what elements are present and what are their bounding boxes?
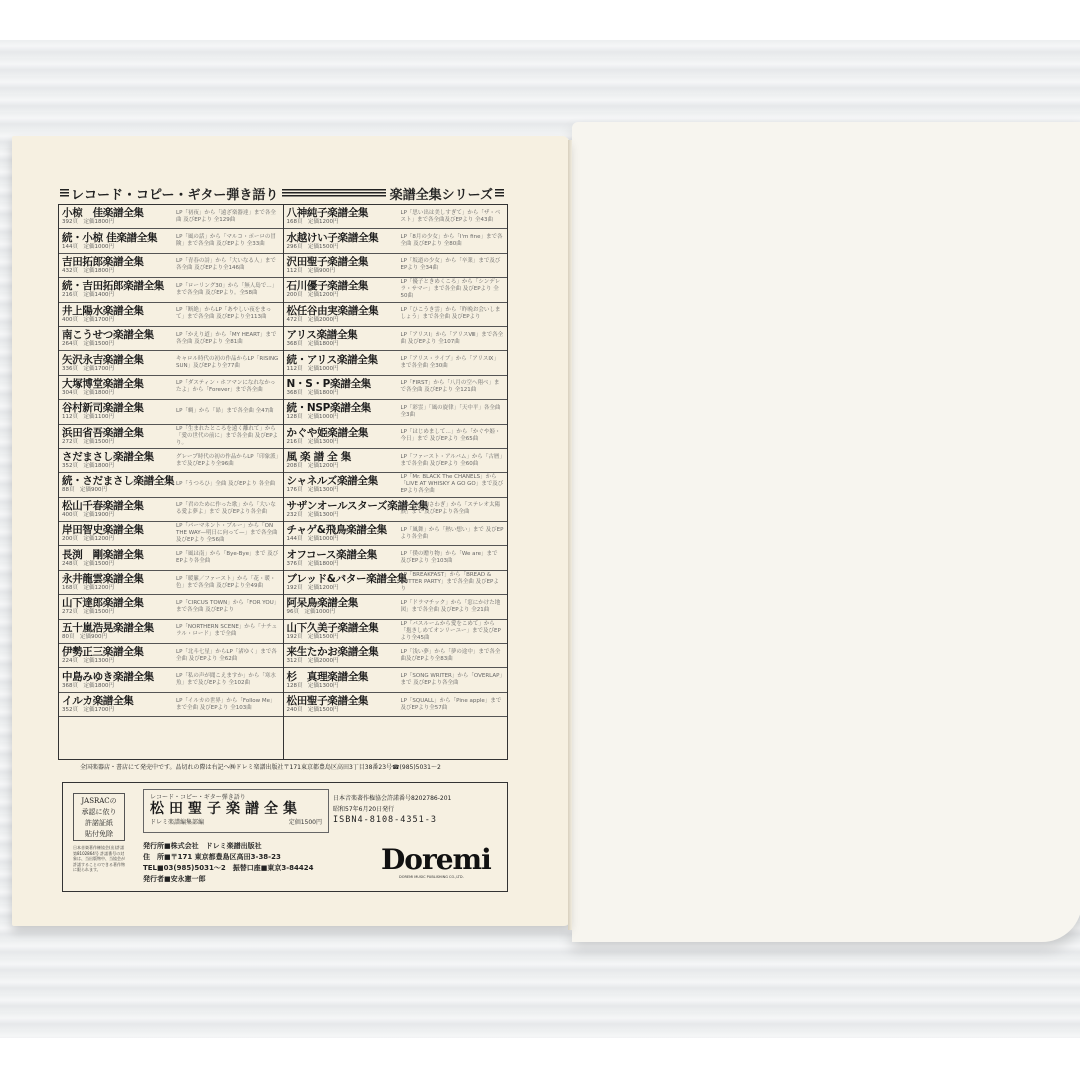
entry-price: 定価1000円: [308, 536, 339, 542]
entry-price: 定価1800円: [84, 219, 115, 225]
right-blank-page: [572, 122, 1080, 942]
entry-price: 定価1500円: [308, 244, 339, 250]
entry-heading: 井上陽水楽譜全集400頁 定価1700円: [62, 303, 172, 326]
entry-pages: 176頁: [287, 487, 303, 493]
entry-pages: 216頁: [287, 439, 303, 445]
entry-pages: 112頁: [287, 268, 303, 274]
entry-title: 来生たかお楽譜全集: [287, 646, 397, 658]
entry-pages: 272頁: [62, 609, 78, 615]
entry-description: LP「北斗七星」からLP「渚ゆく」まで各全曲 及びEPより 全62曲: [172, 644, 280, 667]
empty-row: [59, 717, 283, 759]
entry-price: 定価1900円: [84, 512, 115, 518]
entry-title: 風 楽 譜 全 集: [287, 451, 397, 463]
entry-meta: 304頁 定価1800円: [62, 390, 172, 397]
entry-title: シャネルズ楽譜全集: [287, 475, 397, 487]
entry-pages: 368頁: [287, 341, 303, 347]
entry-heading: 石川優子楽譜全集200頁 定価1200円: [287, 278, 397, 301]
entry-heading: サザンオールスターズ楽譜全集232頁 定価1300円: [287, 498, 397, 521]
entry-price: 定価1500円: [84, 341, 115, 347]
header-left-title: レコード・コピー・ギター弾き語り: [71, 184, 278, 203]
entry-title: 続・小椋 佳楽譜全集: [62, 232, 172, 244]
entry-description: LP「蜩」から「昴」まで各全曲 全47曲: [172, 400, 280, 423]
catalog-entry: 風 楽 譜 全 集208頁 定価1200円LP「ファースト・アルバム」から「古暦…: [284, 449, 508, 473]
entry-heading: 水越けい子楽譜全集296頁 定価1500円: [287, 229, 397, 252]
entry-price: 定価1200円: [308, 585, 339, 591]
entry-meta: 368頁 定価1800円: [287, 390, 397, 397]
entry-description: LP「ローリング30」から「無人島で…」まで各全曲 及びEPより。全58曲: [172, 278, 280, 301]
entry-title: 阿呆鳥楽譜全集: [287, 597, 397, 609]
entry-description: LP「私の声が聞こえますか」から「寒水魚」まで及びEPより 全102曲: [172, 668, 280, 691]
catalog-entry: 続・吉田拓郎楽譜全集216頁 定価1400円LP「ローリング30」から「無人島で…: [59, 278, 283, 302]
entry-meta: 192頁 定価1200円: [287, 585, 397, 592]
entry-description: LP「うつろひ」全曲 及びEPより 各全曲: [172, 473, 280, 496]
entry-meta: 376頁 定価1800円: [287, 561, 397, 568]
entry-title: 沢田聖子楽譜全集: [287, 256, 397, 268]
entry-price: 定価1500円: [84, 439, 115, 445]
entry-heading: N・S・P楽譜全集368頁 定価1800円: [287, 376, 397, 399]
entry-pages: 112頁: [62, 414, 78, 420]
registration-info: 日本音楽著作権協会許諾番号8202786-201 昭和57年6月20日発行 IS…: [333, 793, 451, 826]
catalog-entry: 南こうせつ楽譜全集264頁 定価1500円LP「かえり道」から「MY HEART…: [59, 327, 283, 351]
entry-price: 定価1500円: [308, 707, 339, 713]
entry-title: 山下達郎楽譜全集: [62, 597, 172, 609]
entry-description: グレープ時代の初の作品からLP「印象派」まで及びEPより全96曲: [172, 449, 280, 472]
entry-pages: 144頁: [287, 536, 303, 542]
stripe-ornament-icon: [60, 189, 69, 198]
entry-meta: 368頁 定価1800円: [287, 341, 397, 348]
entry-description: LP「ドラマチック」から「窓にかけた地図」まで各全曲 及びEPより 全21曲: [397, 595, 505, 618]
entry-pages: 400頁: [62, 512, 78, 518]
entry-pages: 472頁: [287, 317, 303, 323]
entry-title: 伊勢正三楽譜全集: [62, 646, 172, 658]
jasrac-line: 許諾証紙: [74, 818, 124, 829]
catalog-entry: アリス楽譜全集368頁 定価1800円LP「アリスI」から「アリスⅧ」まで各全曲…: [284, 327, 508, 351]
entry-description: LP「かえり道」から「MY HEART」まで各全曲 及びEPより 全81曲: [172, 327, 280, 350]
entry-pages: 336頁: [62, 366, 78, 372]
entry-meta: 192頁 定価1500円: [287, 634, 397, 641]
entry-title: 五十嵐浩晃楽譜全集: [62, 622, 172, 634]
catalog-entry: 井上陽水楽譜全集400頁 定価1700円LP「断絶」からLP「あやしい夜をまって…: [59, 303, 283, 327]
entry-meta: 216頁 定価1300円: [287, 439, 397, 446]
entry-pages: 192頁: [287, 634, 303, 640]
entry-description: LP「僕の贈り物」から「We are」まで 及びEPより 全103曲: [397, 546, 505, 569]
entry-title: 矢沢永吉楽譜全集: [62, 354, 172, 366]
entry-price: 定価1700円: [84, 317, 115, 323]
publisher-info: 発行所■株式会社 ドレミ楽譜出版社 住 所■〒171 東京都豊島区高田3-38-…: [143, 841, 313, 885]
entry-title: オフコース楽譜全集: [287, 549, 397, 561]
publisher-line: 発行所■株式会社 ドレミ楽譜出版社: [143, 841, 313, 852]
entry-meta: 400頁 定価1700円: [62, 317, 172, 324]
entry-heading: 続・吉田拓郎楽譜全集216頁 定価1400円: [62, 278, 172, 301]
entry-heading: 松山千春楽譜全集400頁 定価1900円: [62, 498, 172, 521]
entry-pages: 368頁: [62, 683, 78, 689]
catalog-entry: 続・さだまさし楽譜全集88頁 定価900円LP「うつろひ」全曲 及びEPより 各…: [59, 473, 283, 497]
entry-title: 岸田智史楽譜全集: [62, 524, 172, 536]
entry-description: LP「暖簾／ファースト」から「花・暖・色」まで各全曲 及びEPより全49曲: [172, 571, 280, 594]
entry-price: 定価1000円: [84, 244, 115, 250]
entry-meta: 232頁 定価1300円: [287, 512, 397, 519]
entry-title: チャゲ&飛鳥楽譜全集: [287, 524, 397, 536]
entry-description: LP「BREAKFAST」から「BREAD & BUTTER PARTY」まで各…: [397, 571, 505, 594]
entry-pages: 216頁: [62, 292, 78, 298]
entry-price: 定価1800円: [308, 341, 339, 347]
entry-description: LP「風の話」から「マルコ・ポーロの冒険」まで各全曲 及びEPより 全33曲: [172, 229, 280, 252]
catalog-entry: 浜田省吾楽譜全集272頁 定価1500円LP「生まれたところを遠く離れて」から「…: [59, 425, 283, 449]
entry-description: LP「彩雲」「風の旋律」「天中平」各全曲 全3曲: [397, 400, 505, 423]
entry-description: LP「思い出は美しすぎて」から「ザ・ベスト」まで各全曲及びEPより 全43曲: [397, 205, 505, 228]
entry-description: LP「アリスI」から「アリスⅧ」まで各全曲 及びEPより 全107曲: [397, 327, 505, 350]
entry-heading: 山下久美子楽譜全集192頁 定価1500円: [287, 620, 397, 643]
catalog-entry: 続・小椋 佳楽譜全集144頁 定価1000円LP「風の話」から「マルコ・ポーロの…: [59, 229, 283, 253]
catalog-right-column: 八神純子楽譜全集168頁 定価1200円LP「思い出は美しすぎて」から「ザ・ベス…: [283, 205, 508, 759]
entry-pages: 200頁: [287, 292, 303, 298]
entry-heading: 小椋 佳楽譜全集392頁 定価1800円: [62, 205, 172, 228]
entry-heading: シャネルズ楽譜全集176頁 定価1300円: [287, 473, 397, 496]
entry-price: 定価1800円: [308, 561, 339, 567]
entry-pages: 200頁: [62, 536, 78, 542]
jasrac-stamp: JASRACの 承認に依り 許諾証紙 貼付免除: [73, 793, 125, 841]
entry-price: 定価1500円: [308, 634, 339, 640]
entry-heading: イルカ楽譜全集352頁 定価1700円: [62, 693, 172, 716]
entry-meta: 96頁 定価1000円: [287, 609, 397, 616]
entry-meta: 368頁 定価1800円: [62, 683, 172, 690]
catalog-left-column: 小椋 佳楽譜全集392頁 定価1800円LP「初夜」から「遠ざ楽器達」まで各全曲…: [59, 205, 283, 759]
entry-price: 定価1700円: [84, 366, 115, 372]
catalog-entry: 中島みゆき楽譜全集368頁 定価1800円LP「私の声が聞こえますか」から「寒水…: [59, 668, 283, 692]
entry-pages: 232頁: [287, 512, 303, 518]
entry-pages: 128頁: [287, 414, 303, 420]
entry-heading: 中島みゆき楽譜全集368頁 定価1800円: [62, 668, 172, 691]
entry-title: 中島みゆき楽譜全集: [62, 671, 172, 683]
entry-pages: 248頁: [62, 561, 78, 567]
entry-title: 石川優子楽譜全集: [287, 280, 397, 292]
entry-heading: 沢田聖子楽譜全集112頁 定価900円: [287, 254, 397, 277]
entry-pages: 96頁: [287, 609, 300, 615]
entry-price: 定価1100円: [84, 414, 115, 420]
entry-price: 定価1200円: [308, 463, 339, 469]
entry-pages: 312頁: [287, 658, 303, 664]
entry-heading: 山下達郎楽譜全集272頁 定価1500円: [62, 595, 172, 618]
entry-title: N・S・P楽譜全集: [287, 378, 397, 390]
entry-meta: 312頁 定価2000円: [287, 658, 397, 665]
entry-meta: 112頁 定価1100円: [62, 414, 172, 421]
entry-price: 定価1000円: [308, 366, 339, 372]
entry-price: 定価1300円: [308, 512, 339, 518]
catalog-entry: 石川優子楽譜全集200頁 定価1200円LP「優子ときめくころ」から「シンデレラ…: [284, 278, 508, 302]
entry-description: LP「風は南」から「Bye-Bye」まで 及びEPより各全曲: [172, 546, 280, 569]
entry-title: 長渕 剛楽譜全集: [62, 549, 172, 561]
entry-price: 定価1200円: [84, 585, 115, 591]
entry-meta: 272頁 定価1500円: [62, 609, 172, 616]
publish-date: 昭和57年6月20日発行: [333, 804, 451, 815]
catalog-entry: 大塚博堂楽譜全集304頁 定価1800円LP「ダスティン・ホフマンになれなかった…: [59, 376, 283, 400]
entry-meta: 176頁 定価1300円: [287, 487, 397, 494]
entry-title: 水越けい子楽譜全集: [287, 232, 397, 244]
book-editor: ドレミ楽譜編集部編: [150, 817, 204, 826]
entry-meta: 272頁 定価1500円: [62, 439, 172, 446]
entry-heading: 続・アリス楽譜全集112頁 定価1000円: [287, 351, 397, 374]
entry-description: LP「パーマネント・ブルー」から「ON THE WAY—明日に向って—」まで各全…: [172, 522, 280, 545]
entry-pages: 144頁: [62, 244, 78, 250]
entry-heading: かぐや姫楽譜全集216頁 定価1300円: [287, 425, 397, 448]
entry-heading: 岸田智史楽譜全集200頁 定価1200円: [62, 522, 172, 545]
entry-heading: 吉田拓郎楽譜全集432頁 定価1800円: [62, 254, 172, 277]
entry-description: LP「熱い胸さわぎ」から「ステレオ太陽族」まで 及びEPより各全曲: [397, 498, 505, 521]
entry-heading: 八神純子楽譜全集168頁 定価1200円: [287, 205, 397, 228]
entry-heading: 谷村新司楽譜全集112頁 定価1100円: [62, 400, 172, 423]
entry-title: 井上陽水楽譜全集: [62, 305, 172, 317]
entry-heading: 風 楽 譜 全 集208頁 定価1200円: [287, 449, 397, 472]
entry-title: 大塚博堂楽譜全集: [62, 378, 172, 390]
entry-description: LP「優子ときめくころ」から「シンデレラ・サマー」まで各全曲 及びEPより 全5…: [397, 278, 505, 301]
entry-meta: 208頁 定価1200円: [287, 463, 397, 470]
entry-title: 続・さだまさし楽譜全集: [62, 475, 172, 487]
entry-meta: 216頁 定価1400円: [62, 292, 172, 299]
entry-meta: 248頁 定価1500円: [62, 561, 172, 568]
entry-pages: 224頁: [62, 658, 78, 664]
jasrac-line: 承認に依り: [74, 807, 124, 818]
entry-title: 続・吉田拓郎楽譜全集: [62, 280, 172, 292]
entry-title: 浜田省吾楽譜全集: [62, 427, 172, 439]
entry-meta: 400頁 定価1900円: [62, 512, 172, 519]
catalog-entry: 沢田聖子楽譜全集112頁 定価900円LP「坂道の少女」から「卒業」まで及びEP…: [284, 254, 508, 278]
isbn: ISBN4-8108-4351-3: [333, 815, 451, 826]
entry-title: かぐや姫楽譜全集: [287, 427, 397, 439]
catalog-entry: シャネルズ楽譜全集176頁 定価1300円LP「Mr. BLACK The CH…: [284, 473, 508, 497]
book-title-box: レコード・コピー・ギター弾き語り 松田聖子楽譜全集 ドレミ楽譜編集部編 定価15…: [143, 789, 329, 833]
entry-pages: 376頁: [287, 561, 303, 567]
entry-pages: 128頁: [287, 683, 303, 689]
catalog-entry: さだまさし楽譜全集352頁 定価1800円グレープ時代の初の作品からLP「印象派…: [59, 449, 283, 473]
entry-description: LP「SONG WRITER」から「OVERLAP」まで 及びEPより各全曲: [397, 668, 505, 691]
entry-price: 定価1800円: [84, 683, 115, 689]
entry-meta: 336頁 定価1700円: [62, 366, 172, 373]
entry-meta: 432頁 定価1800円: [62, 268, 172, 275]
entry-description: LP「イルカの世界」から「Follow Me」まで全曲 及びEPより 全103曲: [172, 693, 280, 716]
entry-heading: 松田聖子楽譜全集240頁 定価1500円: [287, 693, 397, 716]
entry-heading: 阿呆鳥楽譜全集96頁 定価1000円: [287, 595, 397, 618]
catalog-entry: 山下久美子楽譜全集192頁 定価1500円LP「バスルームから愛をこめて」から「…: [284, 620, 508, 644]
catalog-entry: 阿呆鳥楽譜全集96頁 定価1000円LP「ドラマチック」から「窓にかけた地図」ま…: [284, 595, 508, 619]
catalog-entry: チャゲ&飛鳥楽譜全集144頁 定価1000円LP「風舞」から「熱い想い」まで 及…: [284, 522, 508, 546]
colophon-box: JASRACの 承認に依り 許諾証紙 貼付免除 日本音楽著作権協会(出)許諾第8…: [62, 782, 508, 892]
entry-title: アリス楽譜全集: [287, 329, 397, 341]
entry-pages: 432頁: [62, 268, 78, 274]
entry-heading: 永井龍雲楽譜全集168頁 定価1200円: [62, 571, 172, 594]
entry-meta: 144頁 定価1000円: [62, 244, 172, 251]
catalog-entry: 松田聖子楽譜全集240頁 定価1500円LP「SQUALL」から「Pine ap…: [284, 693, 508, 717]
entry-title: サザンオールスターズ楽譜全集: [287, 500, 397, 512]
catalog-entry: 長渕 剛楽譜全集248頁 定価1500円LP「風は南」から「Bye-Bye」まで…: [59, 546, 283, 570]
entry-heading: 松任谷由実楽譜全集472頁 定価2000円: [287, 303, 397, 326]
book-subtitle: レコード・コピー・ギター弾き語り: [150, 792, 322, 801]
book-spine: [568, 140, 572, 930]
entry-price: 定価1000円: [308, 414, 339, 420]
entry-heading: 杉 真理楽譜全集128頁 定価1300円: [287, 668, 397, 691]
entry-meta: 264頁 定価1500円: [62, 341, 172, 348]
catalog-entry: 永井龍雲楽譜全集168頁 定価1200円LP「暖簾／ファースト」から「花・暖・色…: [59, 571, 283, 595]
entry-heading: アリス楽譜全集368頁 定価1800円: [287, 327, 397, 350]
catalog-entry: 谷村新司楽譜全集112頁 定価1100円LP「蜩」から「昴」まで各全曲 全47曲: [59, 400, 283, 424]
entry-description: LP「ファースト・アルバム」から「古暦」まで各全曲 及びEPより 全60曲: [397, 449, 505, 472]
entry-meta: 240頁 定価1500円: [287, 707, 397, 714]
entry-pages: 168頁: [287, 219, 303, 225]
jasrac-line: 貼付免除: [74, 829, 124, 840]
entry-price: 定価1800円: [84, 390, 115, 396]
entry-heading: 続・NSP楽譜全集128頁 定価1000円: [287, 400, 397, 423]
jasrac-line: JASRACの: [74, 796, 124, 807]
catalog-entry: 杉 真理楽譜全集128頁 定価1300円LP「SONG WRITER」から「OV…: [284, 668, 508, 692]
entry-pages: 168頁: [62, 585, 78, 591]
entry-heading: 伊勢正三楽譜全集224頁 定価1300円: [62, 644, 172, 667]
entry-meta: 352頁 定価1700円: [62, 707, 172, 714]
issuer-line: 発行者■安永憲一郎: [143, 874, 313, 885]
entry-title: 松山千春楽譜全集: [62, 500, 172, 512]
entry-title: 山下久美子楽譜全集: [287, 622, 397, 634]
entry-pages: 352頁: [62, 463, 78, 469]
entry-description: LP「SQUALL」から「Pine apple」まで 及びEPより全57曲: [397, 693, 505, 716]
entry-price: 定価1500円: [84, 561, 115, 567]
entry-heading: 続・小椋 佳楽譜全集144頁 定価1000円: [62, 229, 172, 252]
entry-heading: チャゲ&飛鳥楽譜全集144頁 定価1000円: [287, 522, 397, 545]
catalog-entry: イルカ楽譜全集352頁 定価1700円LP「イルカの世界」から「Follow M…: [59, 693, 283, 717]
catalog-entry: 続・アリス楽譜全集112頁 定価1000円LP「アリス・ライブ」から「アリスⅨ」…: [284, 351, 508, 375]
entry-meta: 80頁 定価900円: [62, 634, 172, 641]
entry-pages: 264頁: [62, 341, 78, 347]
entry-description: LP「バスルームから愛をこめて」から「抱きしめてオンリーユー」まで及びEPより全…: [397, 620, 505, 643]
entry-pages: 112頁: [287, 366, 303, 372]
header-right-title: 楽譜全集シリーズ: [390, 184, 493, 203]
entry-pages: 88頁: [62, 487, 75, 493]
entry-meta: 200頁 定価1200円: [62, 536, 172, 543]
entry-meta: 88頁 定価900円: [62, 487, 172, 494]
entry-title: 永井龍雲楽譜全集: [62, 573, 172, 585]
catalog-table: 小椋 佳楽譜全集392頁 定価1800円LP「初夜」から「遠ざ楽器達」まで各全曲…: [58, 204, 508, 760]
entry-pages: 192頁: [287, 585, 303, 591]
entry-heading: 大塚博堂楽譜全集304頁 定価1800円: [62, 376, 172, 399]
entry-description: LP「NORTHERN SCENE」から「ナチュラル・ロード」まで全曲: [172, 620, 280, 643]
entry-title: ブレッド&バター楽譜全集: [287, 573, 397, 585]
tel-line: TEL■03(985)5031〜2 振替口座■東京3-84424: [143, 863, 313, 874]
entry-price: 定価1300円: [84, 658, 115, 664]
entry-meta: 472頁 定価2000円: [287, 317, 397, 324]
entry-meta: 200頁 定価1200円: [287, 292, 397, 299]
catalog-entry: 伊勢正三楽譜全集224頁 定価1300円LP「北斗七星」からLP「渚ゆく」まで各…: [59, 644, 283, 668]
entry-meta: 112頁 定価900円: [287, 268, 397, 275]
entry-meta: 128頁 定価1000円: [287, 414, 397, 421]
entry-description: LP「CIRCUS TOWN」から「FOR YOU」まで各全曲 及びEPより: [172, 595, 280, 618]
book-price: 定価1500円: [289, 817, 322, 826]
doremi-logo: Doremi DOREMI MUSIC PUBLISHING CO.,LTD.: [381, 843, 481, 883]
entry-title: 小椋 佳楽譜全集: [62, 207, 172, 219]
entry-description: LP「君のために作った歌」から「大いなる愛よ夢よ」まで 及びEPより各全曲: [172, 498, 280, 521]
entry-description: LP「FIRST」から「八月の空へ翔べ」まで各全曲 及びEPより 全121曲: [397, 376, 505, 399]
catalog-entry: 山下達郎楽譜全集272頁 定価1500円LP「CIRCUS TOWN」から「FO…: [59, 595, 283, 619]
entry-pages: 400頁: [62, 317, 78, 323]
entry-price: 定価1200円: [308, 292, 339, 298]
address-line: 住 所■〒171 東京都豊島区高田3-38-23: [143, 852, 313, 863]
catalog-entry: 八神純子楽譜全集168頁 定価1200円LP「思い出は美しすぎて」から「ザ・ベス…: [284, 205, 508, 229]
availability-notice: 全国楽器店・書店にて発売中です。品切れの際は右記へ㈱ドレミ楽譜出版社〒171東京…: [80, 762, 500, 771]
jasrac-permit-note: 日本音楽著作権協会(出)許諾第8102864号 許諾番号の対象は、当出版物中、当…: [73, 845, 127, 873]
entry-meta: 168頁 定価1200円: [287, 219, 397, 226]
entry-description: LP「Mr. BLACK The CHANELS」から「LIVE AT WHIS…: [397, 473, 505, 496]
entry-price: 定価1300円: [308, 683, 339, 689]
entry-title: 吉田拓郎楽譜全集: [62, 256, 172, 268]
entry-price: 定価2000円: [308, 658, 339, 664]
entry-description: LP「8月の少女」から「I'm fine」まで各全曲 及びEPより 全80曲: [397, 229, 505, 252]
entry-price: 定価1800円: [84, 268, 115, 274]
book-title: 松田聖子楽譜全集: [150, 801, 322, 817]
entry-description: LP「ダスティン・ホフマンになれなかったよ」から「Forever」まで各全曲: [172, 376, 280, 399]
catalog-entry: 松山千春楽譜全集400頁 定価1900円LP「君のために作った歌」から「大いなる…: [59, 498, 283, 522]
entry-description: LP「断絶」からLP「あやしい夜をまって」まで各全曲 及びEPより全113曲: [172, 303, 280, 326]
entry-price: 定価2000円: [308, 317, 339, 323]
entry-pages: 296頁: [287, 244, 303, 250]
entry-description: LP「浅い夢」から「夢の途中」まで各全曲及びEPより全83曲: [397, 644, 505, 667]
entry-pages: 80頁: [62, 634, 75, 640]
logo-text: Doremi: [381, 843, 491, 876]
entry-description: LP「初夜」から「遠ざ楽器達」まで各全曲 及びEPより 全129曲: [172, 205, 280, 228]
catalog-entry: 岸田智史楽譜全集200頁 定価1200円LP「パーマネント・ブルー」から「ON …: [59, 522, 283, 546]
entry-price: 定価1300円: [308, 487, 339, 493]
entry-heading: 矢沢永吉楽譜全集336頁 定価1700円: [62, 351, 172, 374]
entry-title: 谷村新司楽譜全集: [62, 402, 172, 414]
entry-title: イルカ楽譜全集: [62, 695, 172, 707]
series-header: レコード・コピー・ギター弾き語り 楽譜全集シリーズ: [58, 184, 506, 202]
empty-row: [284, 717, 508, 759]
entry-description: LP「はじめまして…」から「かぐや姫・今日」まで 及びEPより 全65曲: [397, 425, 505, 448]
permit-number: 日本音楽著作権協会許諾番号8202786-201: [333, 793, 451, 804]
entry-heading: 五十嵐浩晃楽譜全集80頁 定価900円: [62, 620, 172, 643]
entry-meta: 128頁 定価1300円: [287, 683, 397, 690]
entry-price: 定価1500円: [84, 609, 115, 615]
entry-title: 杉 真理楽譜全集: [287, 671, 397, 683]
catalog-entry: 水越けい子楽譜全集296頁 定価1500円LP「8月の少女」から「I'm fin…: [284, 229, 508, 253]
entry-description: キャロル時代の初の作品からLP「RISING SUN」及びEPより全77曲: [172, 351, 280, 374]
catalog-entry: 矢沢永吉楽譜全集336頁 定価1700円キャロル時代の初の作品からLP「RISI…: [59, 351, 283, 375]
catalog-entry: 来生たかお楽譜全集312頁 定価2000円LP「浅い夢」から「夢の途中」まで各全…: [284, 644, 508, 668]
entry-price: 定価900円: [80, 634, 107, 640]
entry-description: LP「生まれたところを遠く離れて」から「愛の世代の前に」まで各全曲 及びEPより…: [172, 425, 280, 448]
entry-heading: 来生たかお楽譜全集312頁 定価2000円: [287, 644, 397, 667]
entry-heading: さだまさし楽譜全集352頁 定価1800円: [62, 449, 172, 472]
entry-meta: 112頁 定価1000円: [287, 366, 397, 373]
catalog-entry: 小椋 佳楽譜全集392頁 定価1800円LP「初夜」から「遠ざ楽器達」まで各全曲…: [59, 205, 283, 229]
entry-description: LP「アリス・ライブ」から「アリスⅨ」まで各全曲 全30曲: [397, 351, 505, 374]
entry-description: LP「ひこうき雲」から「昨晩お会いしましょう」まで各全曲 及びEPより: [397, 303, 505, 326]
entry-title: 松任谷由実楽譜全集: [287, 305, 397, 317]
entry-price: 定価900円: [80, 487, 107, 493]
entry-price: 定価1800円: [308, 390, 339, 396]
entry-title: さだまさし楽譜全集: [62, 451, 172, 463]
catalog-entry: 続・NSP楽譜全集128頁 定価1000円LP「彩雲」「風の旋律」「天中平」各全…: [284, 400, 508, 424]
entry-price: 定価1200円: [308, 219, 339, 225]
entry-price: 定価1400円: [84, 292, 115, 298]
header-rule: [282, 189, 385, 198]
entry-meta: 296頁 定価1500円: [287, 244, 397, 251]
entry-pages: 272頁: [62, 439, 78, 445]
entry-price: 定価1700円: [84, 707, 115, 713]
catalog-entry: 五十嵐浩晃楽譜全集80頁 定価900円LP「NORTHERN SCENE」から「…: [59, 620, 283, 644]
catalog-entry: オフコース楽譜全集376頁 定価1800円LP「僕の贈り物」から「We are」…: [284, 546, 508, 570]
entry-meta: 168頁 定価1200円: [62, 585, 172, 592]
entry-price: 定価900円: [308, 268, 335, 274]
entry-pages: 368頁: [287, 390, 303, 396]
catalog-entry: かぐや姫楽譜全集216頁 定価1300円LP「はじめまして…」から「かぐや姫・今…: [284, 425, 508, 449]
catalog-entry: 松任谷由実楽譜全集472頁 定価2000円LP「ひこうき雲」から「昨晩お会いしま…: [284, 303, 508, 327]
entry-price: 定価1800円: [84, 463, 115, 469]
